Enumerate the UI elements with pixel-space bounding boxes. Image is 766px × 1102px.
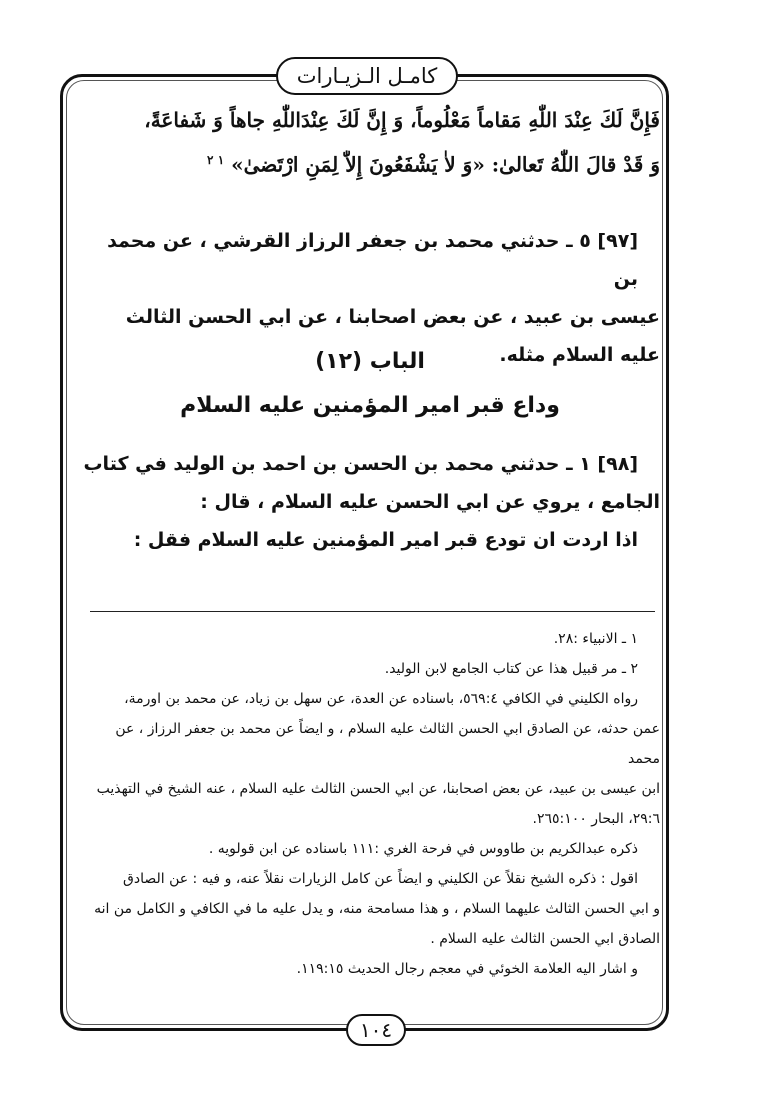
footnote-2-ibn-tawus: ذكره عبدالكريم بن طاووس في فرحة الغري :١… bbox=[80, 834, 660, 864]
footnote-2-comment-b: و ابي الحسن الثالث عليهما السلام ، و هذا… bbox=[80, 894, 660, 924]
footnote-1: ١ ـ الانبياء :٢٨. bbox=[80, 624, 660, 654]
footnote-2-source-d: ٢٩:٦، البحار ٢٦٥:١٠٠. bbox=[80, 804, 660, 834]
footnote-2-source-b: عمن حدثه، عن الصادق ابي الحسن الثالث علي… bbox=[80, 714, 660, 774]
footnote-2-comment-c: الصادق ابي الحسن الثالث عليه السلام . bbox=[80, 924, 660, 954]
hadith-97-line-1: [٩٧] ٥ ـ حدثني محمد بن جعفر الرزاز القرش… bbox=[80, 222, 660, 298]
verse-line-1: فَإِنَّ لَكَ عِنْدَ اللّٰهِ مَقاماً مَعْ… bbox=[80, 100, 660, 140]
hadith-98: [٩٨] ١ ـ حدثني محمد بن الحسن بن احمد بن … bbox=[80, 445, 660, 559]
footnote-2-khoei: و اشار اليه العلامة الخوئي في معجم رجال … bbox=[80, 954, 660, 984]
page-number: ١٠٤ bbox=[346, 1014, 406, 1046]
hadith-98-line-1: [٩٨] ١ ـ حدثني محمد بن الحسن بن احمد بن … bbox=[80, 445, 660, 483]
footnotes: ١ ـ الانبياء :٢٨. ٢ ـ مر قبيل هذا عن كتا… bbox=[80, 624, 660, 984]
chapter-number: الباب (١٢) bbox=[80, 340, 660, 384]
verse-line-2: وَ قَدْ قالَ اللّٰهُ تَعالىٰ: «وَ لاٰ يَ… bbox=[80, 140, 660, 185]
running-title-text: كامـل الـزيـارات bbox=[297, 64, 438, 88]
page-number-text: ١٠٤ bbox=[360, 1018, 392, 1042]
hadith-98-line-2: الجامع ، يروي عن ابي الحسن عليه السلام ،… bbox=[80, 483, 660, 521]
chapter-heading: الباب (١٢) وداع قبر امير المؤمنين عليه ا… bbox=[80, 340, 660, 428]
verse-line-2-text: وَ قَدْ قالَ اللّٰهُ تَعالىٰ: «وَ لاٰ يَ… bbox=[231, 153, 660, 177]
footnote-separator bbox=[90, 611, 655, 612]
footnote-2-source-a: رواه الكليني في الكافي ٥٦٩:٤، باسناده عن… bbox=[80, 684, 660, 714]
running-title: كامـل الـزيـارات bbox=[276, 57, 458, 95]
footnote-markers: ١ ٢ bbox=[207, 153, 224, 167]
footnote-2-comment-a: اقول : ذكره الشيخ نقلاً عن الكليني و ايض… bbox=[80, 864, 660, 894]
footnote-2-source-c: ابن عيسى بن عبيد، عن بعض اصحابنا، عن ابي… bbox=[80, 774, 660, 804]
hadith-98-line-3: اذا اردت ان تودع قبر امير المؤمنين عليه … bbox=[80, 521, 660, 559]
footnote-2: ٢ ـ مر قبيل هذا عن كتاب الجامع لابن الول… bbox=[80, 654, 660, 684]
quran-verse-block: فَإِنَّ لَكَ عِنْدَ اللّٰهِ مَقاماً مَعْ… bbox=[80, 100, 660, 185]
chapter-title: وداع قبر امير المؤمنين عليه السلام bbox=[80, 384, 660, 428]
